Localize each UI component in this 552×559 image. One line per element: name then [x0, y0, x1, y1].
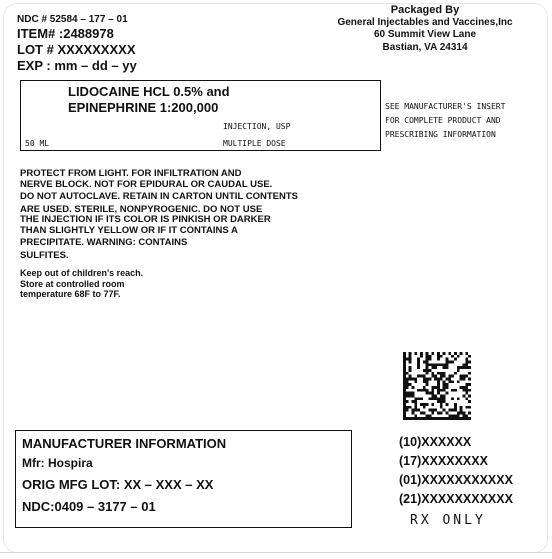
page-edge [0, 552, 552, 553]
original-mfg-lot: ORIG MFG LOT: XX – XXX – XX [22, 477, 213, 492]
packager-title: Packaged By [300, 4, 550, 17]
storage-line: temperature 68F to 77F. [20, 289, 143, 300]
warning-line: THE INJECTION IF ITS COLOR IS PINKISH OR… [20, 215, 298, 226]
gs1-expiry: (17)XXXXXXXX [399, 452, 513, 471]
warning-line: PROTECT FROM LIGHT. FOR INFILTRATION AND [20, 169, 298, 180]
data-matrix-icon [402, 352, 472, 420]
manufacturer-title: MANUFACTURER INFORMATION [22, 436, 226, 451]
product-box: LIDOCAINE HCL 0.5% and EPINEPHRINE 1:200… [20, 80, 381, 151]
warning-line: PRECIPITATE. WARNING: CONTAINS [20, 238, 298, 249]
volume: 50 ML [25, 139, 49, 148]
gs1-codes: (10)XXXXXX (17)XXXXXXXX (01)XXXXXXXXXXX … [399, 433, 513, 509]
warning-line: SULFITES. [20, 251, 298, 262]
manufacturer-name: Mfr: Hospira [22, 456, 93, 470]
warning-line: DO NOT AUTOCLAVE. RETAIN IN CARTON UNTIL… [20, 192, 298, 203]
packager-address-line1: 60 Summit View Lane [300, 29, 550, 42]
insert-note-line: PRESCRIBING INFORMATION [385, 128, 505, 142]
gs1-serial: (21)XXXXXXXXXXX [399, 490, 513, 509]
item-number: ITEM# :2488978 [17, 26, 114, 41]
rx-only-badge: RX ONLY [410, 513, 486, 528]
gs1-gtin: (01)XXXXXXXXXXX [399, 471, 513, 490]
lot-number: LOT # XXXXXXXXX [17, 42, 136, 57]
packager-name: General Injectables and Vaccines,Inc [300, 17, 550, 30]
insert-note: SEE MANUFACTURER'S INSERT FOR COMPLETE P… [385, 100, 505, 142]
drug-name-line2: EPINEPHRINE 1:200,000 [68, 100, 218, 115]
storage-line: Store at controlled room [20, 279, 143, 290]
packager-info: Packaged By General Injectables and Vacc… [300, 4, 550, 54]
gs1-batch: (10)XXXXXX [399, 433, 513, 452]
warning-line: NERVE BLOCK. NOT FOR EPIDURAL OR CAUDAL … [20, 180, 298, 191]
ndc-number: NDC # 52584 – 177 – 01 [17, 14, 128, 25]
manufacturer-box: MANUFACTURER INFORMATION Mfr: Hospira OR… [15, 430, 352, 528]
insert-note-line: FOR COMPLETE PRODUCT AND [385, 114, 505, 128]
insert-note-line: SEE MANUFACTURER'S INSERT [385, 100, 505, 114]
expiration-date: EXP : mm – dd – yy [17, 58, 137, 73]
dose-type: MULTIPLE DOSE [223, 139, 286, 148]
dosage-form: INJECTION, USP [223, 122, 290, 131]
manufacturer-ndc: NDC:0409 – 3177 – 01 [22, 499, 156, 514]
storage-block: Keep out of children's reach. Store at c… [20, 268, 143, 300]
warning-line: THAN SLIGHTLY YELLOW OR IF IT CONTAINS A [20, 226, 298, 237]
drug-name-line1: LIDOCAINE HCL 0.5% and [68, 84, 230, 99]
packager-address-line2: Bastian, VA 24314 [300, 42, 550, 55]
storage-line: Keep out of children's reach. [20, 268, 143, 279]
warnings-block: PROTECT FROM LIGHT. FOR INFILTRATION AND… [20, 169, 298, 261]
